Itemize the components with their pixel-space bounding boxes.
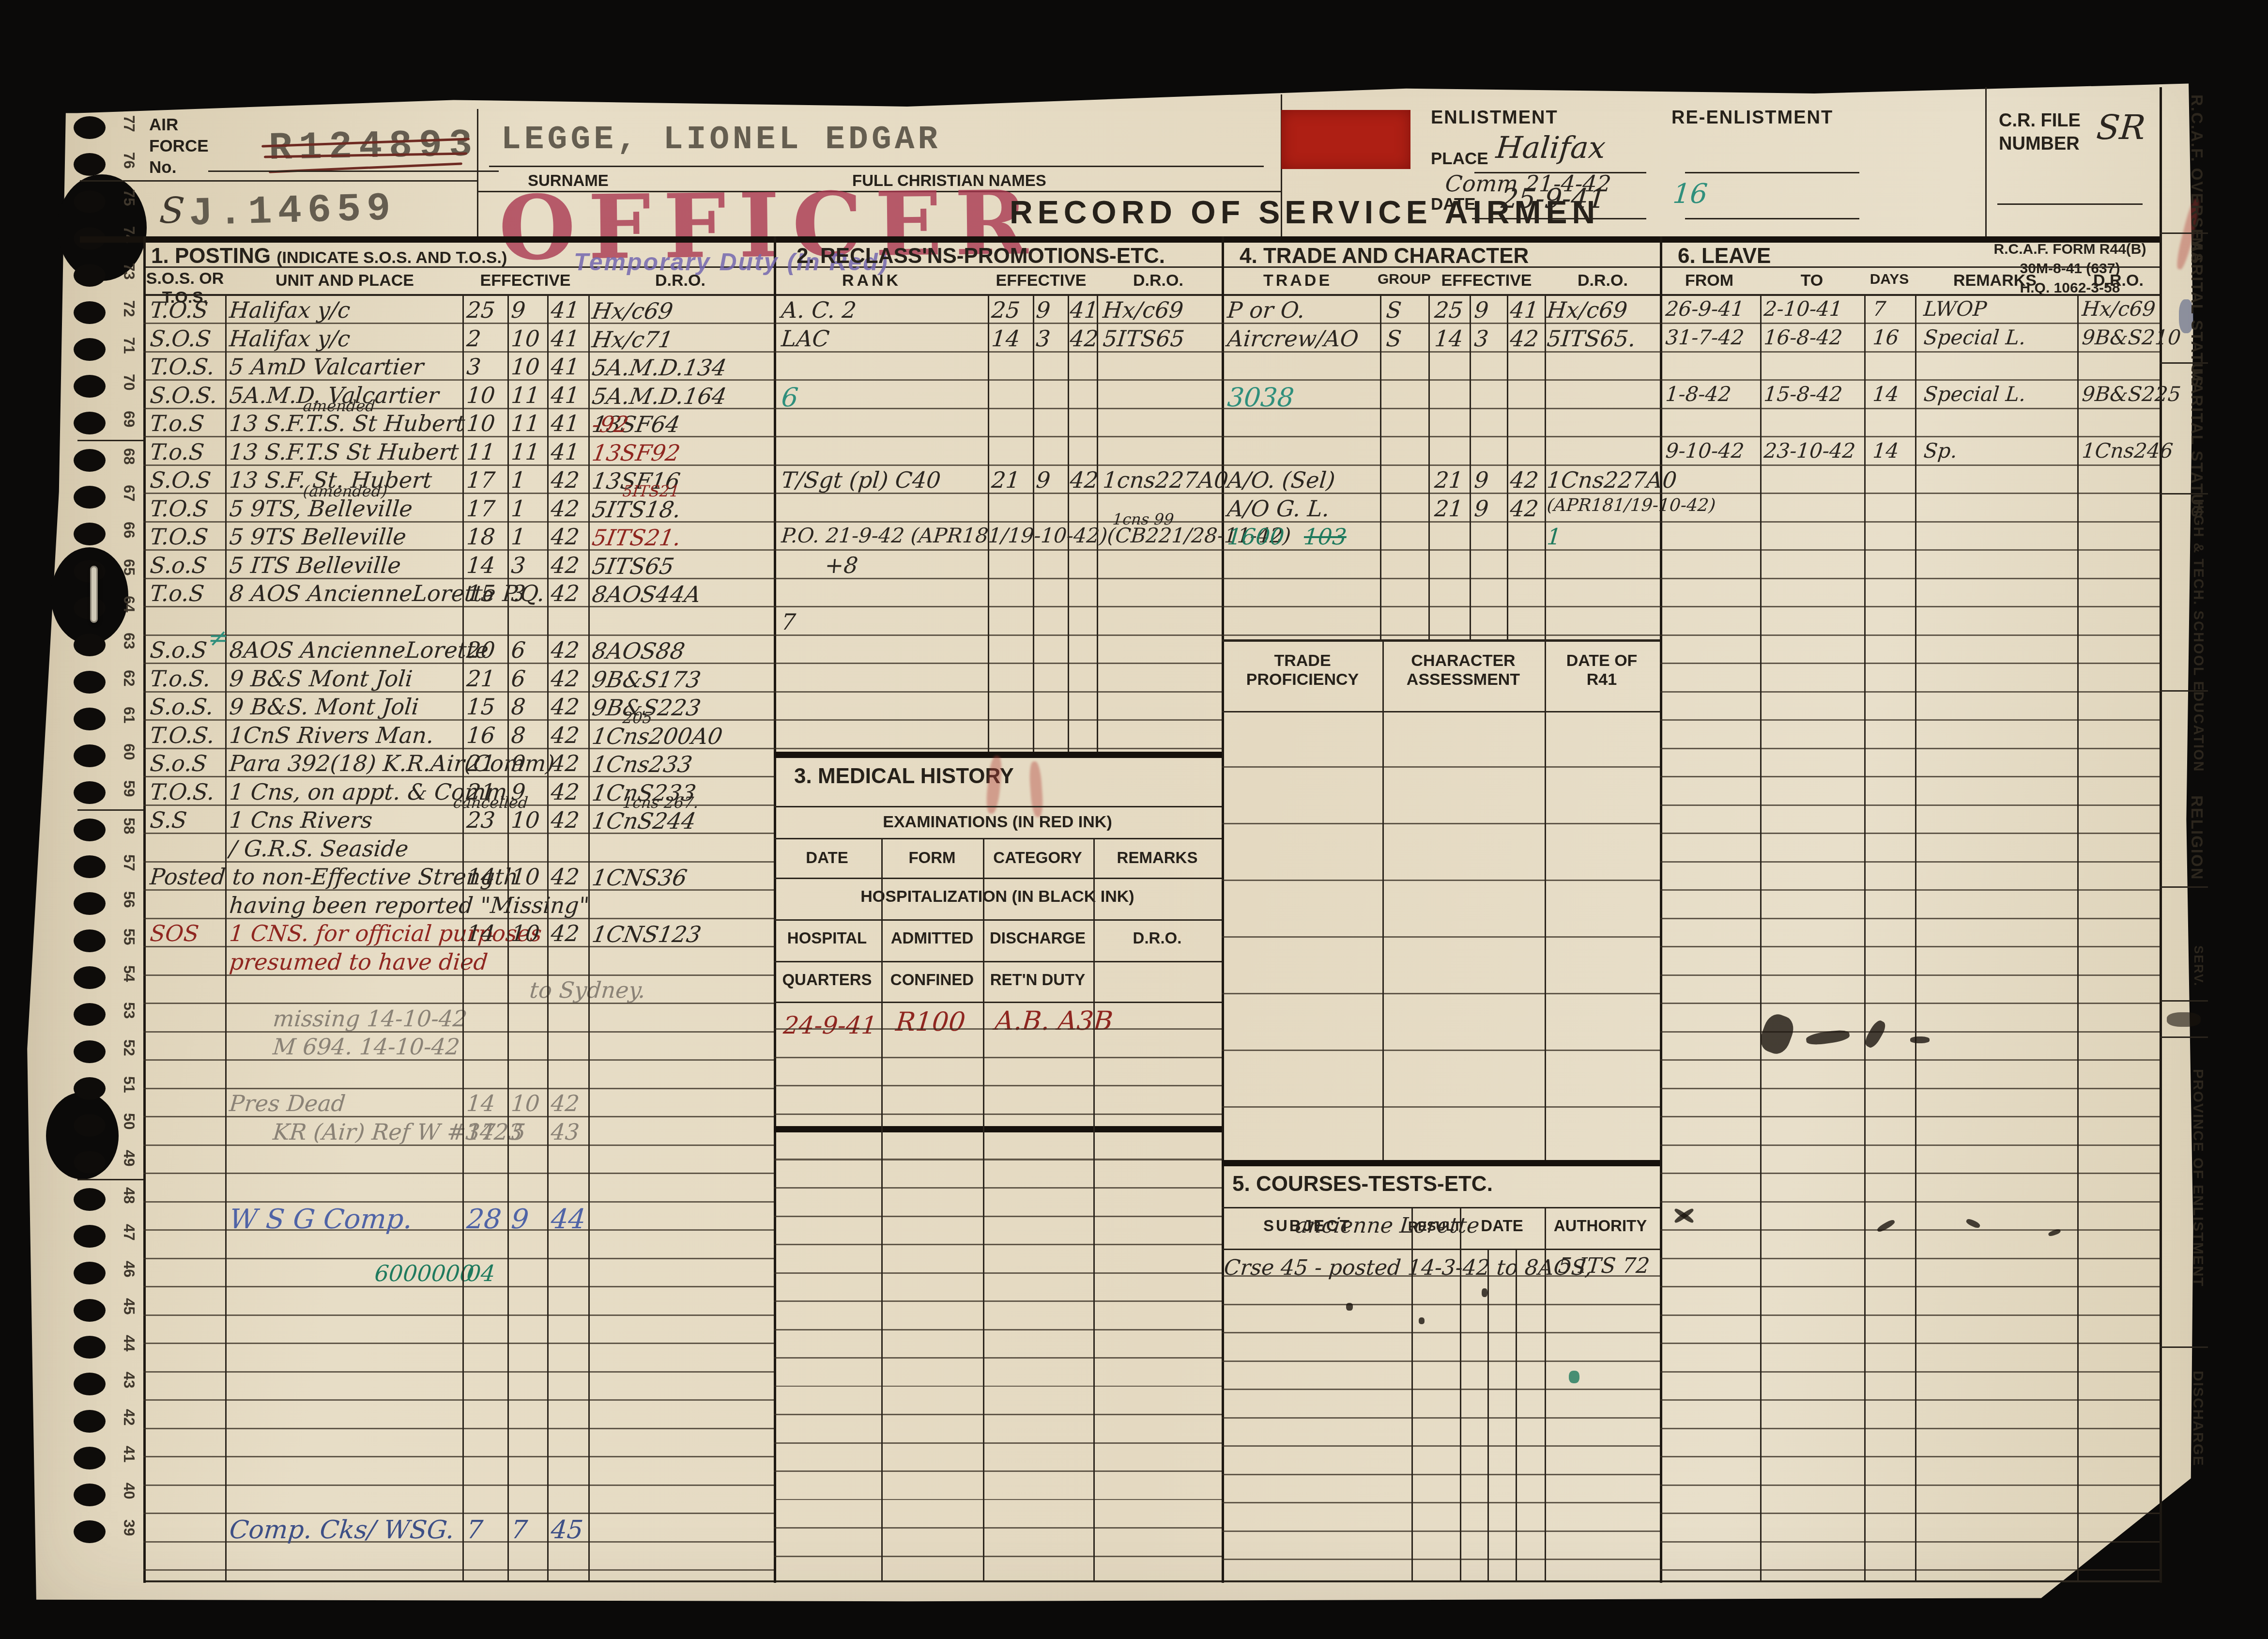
margin-row-number: 75 xyxy=(118,189,138,206)
sos-tos-value: S.O.S xyxy=(149,325,229,352)
trade-value: P or O. xyxy=(1226,297,1380,323)
leave-days: 14 xyxy=(1872,439,1917,463)
effective-month: 7 xyxy=(510,1515,528,1545)
file-stamp-prefix: S xyxy=(158,190,186,232)
posting-row: / G.R.S. Seaside xyxy=(143,835,774,863)
reclass-section-title: 2. RECLASS'NS-PROMOTIONS-ETC. xyxy=(797,244,1165,268)
posting-row: S.O.S. 5A.M.D. Valcartier 10 11 41 5A.M.… xyxy=(143,381,774,409)
reclass-title: RECLASS'NS-PROMOTIONS-ETC. xyxy=(820,244,1165,268)
trade-value: Aircrew/AO xyxy=(1226,325,1380,352)
dro-annotation: 205 xyxy=(622,709,653,727)
effective-day: 3 xyxy=(466,354,482,380)
posting-row: 6000000 04 xyxy=(143,1259,774,1287)
effective-day: 17 xyxy=(466,467,496,493)
posting-row: Pres Dead 14 10 42 xyxy=(143,1089,774,1117)
cr-file-label-1: C.R. FILE xyxy=(1999,110,2081,131)
effective-month: 8 xyxy=(510,694,527,720)
unit-place-value: / G.R.S. Seaside xyxy=(229,835,541,862)
sos-tos-value: S.O.S. xyxy=(149,382,229,408)
reclass-row: +8 xyxy=(774,551,1222,579)
effective-day: 25 xyxy=(991,297,1021,323)
punch-hole xyxy=(74,190,106,213)
margin-row-number: 67 xyxy=(118,485,138,501)
medical-number: 3. xyxy=(794,764,812,788)
effective-month: 3 xyxy=(510,580,527,606)
effective-day: 15 xyxy=(466,694,496,720)
effective-year: 42 xyxy=(1509,325,1540,352)
posting-row: T.o.S 13 S.F.T.S. St Hubert amended 10 1… xyxy=(143,409,774,437)
cr-file-value: SR xyxy=(2095,108,2147,147)
side-label-religion: RELIGION xyxy=(2163,794,2206,881)
leave-col-to: TO xyxy=(1801,271,1824,290)
leave-to: 16-8-42 xyxy=(1763,325,1862,349)
date-label: DATE xyxy=(1431,195,1476,214)
effective-year: 42 xyxy=(550,750,581,776)
punch-hole xyxy=(74,1262,106,1284)
dro-annotation: 1cns 99 xyxy=(1112,510,1175,528)
unit-annotation: amended xyxy=(302,397,376,415)
posting-row: M 694. 14-10-42 xyxy=(143,1033,774,1061)
effective-day: 14 xyxy=(991,325,1021,352)
effective-month: 9 xyxy=(1473,495,1490,522)
side-label-marital-status-2: MARITAL STATUS xyxy=(2163,368,2206,492)
punch-hole xyxy=(74,634,106,656)
margin-row-number: 55 xyxy=(118,928,138,945)
re-enlistment-label: RE-ENLISTMENT xyxy=(1671,108,1833,128)
effective-month: 8 xyxy=(510,722,527,748)
posting-row: SOS 1 CNS. for official purposes 14 10 4… xyxy=(143,919,774,947)
dro-value: 5ITS65. xyxy=(1546,325,1660,352)
effective-day: 2 xyxy=(466,325,482,352)
posting-row: T.O.S 5 9TS, Belleville (amended) 17 1 4… xyxy=(143,495,774,523)
trade-title: TRADE AND CHARACTER xyxy=(1263,244,1529,268)
effective-year: 42 xyxy=(550,524,581,550)
margin-row-number: 59 xyxy=(118,780,138,797)
posting-row: presumed to have died xyxy=(143,948,774,976)
effective-day: 14 xyxy=(466,920,496,946)
effective-month: 1 xyxy=(510,495,527,522)
posting-row: Comp. Cks/ WSG. 7 7 45 xyxy=(143,1515,774,1543)
effective-month: 9 xyxy=(1473,297,1490,323)
effective-day: 10 xyxy=(466,410,496,436)
posting-row: missing 14-10-42 xyxy=(143,1005,774,1033)
margin-row-number: 58 xyxy=(118,818,138,834)
dro-annotation: 5ITS21 xyxy=(622,482,680,500)
effective-day: 21 xyxy=(466,750,496,776)
leave-col-dro: D.R.O. xyxy=(2093,271,2144,290)
dro-value: Hx/c69 xyxy=(1102,297,1221,323)
leave-number: 6. xyxy=(1678,244,1696,268)
unit-place-value: Halifax y/c xyxy=(229,325,541,352)
side-label-discharge: DISCHARGE xyxy=(2163,1371,2206,1453)
trade-col-dro: D.R.O. xyxy=(1578,271,1628,290)
effective-day: 17 xyxy=(466,1119,496,1145)
effective-day: 21 xyxy=(991,467,1021,493)
reclass-row: T/Sgt (pl) C40 21 9 42 1cns227A0 xyxy=(774,466,1222,494)
punch-hole xyxy=(74,449,106,472)
effective-month: 9 xyxy=(510,750,527,776)
margin-row-number: 41 xyxy=(118,1446,138,1462)
effective-day: 25 xyxy=(466,297,496,323)
trade-struck-value: 103 xyxy=(1303,524,1348,550)
effective-year: 41 xyxy=(550,325,581,352)
date-of-r41-header: DATE OFR41 xyxy=(1566,651,1638,689)
courses-col-date: DATE xyxy=(1481,1217,1523,1235)
margin-row-number: 57 xyxy=(118,854,138,871)
trade-proficiency-header: TRADEPROFICIENCY xyxy=(1246,651,1359,689)
trade-value: 3038 xyxy=(1226,382,1380,413)
exam-col-date: DATE xyxy=(806,849,848,867)
punch-hole xyxy=(74,1336,106,1359)
margin-row-number: 76 xyxy=(118,152,138,169)
margin-row-number: 49 xyxy=(118,1150,138,1166)
margin-row-number: 66 xyxy=(118,522,138,538)
unit-place-value: having been reported "Missing" xyxy=(229,892,541,918)
effective-year: 42 xyxy=(550,779,581,805)
margin-row-number: 62 xyxy=(118,670,138,686)
rank-value: T/Sgt (pl) C40 xyxy=(781,467,986,493)
reclass-table: A. C. 2 25 9 41 Hx/c69 LAC 14 3 42 5ITS6… xyxy=(774,296,1222,752)
effective-month: 6 xyxy=(510,637,527,663)
effective-day: 18 xyxy=(466,524,496,550)
dro-value: 1Cns227A0 xyxy=(1546,467,1660,493)
exam-col-category: CATEGORY xyxy=(993,849,1082,867)
sos-tos-value: S.o.S xyxy=(149,552,229,578)
trade-value: A/O. (Sel) xyxy=(1226,467,1380,493)
punch-hole xyxy=(74,1484,106,1506)
dro-value: Hx/c69 xyxy=(1546,297,1660,323)
punch-hole xyxy=(74,1410,106,1433)
sos-tos-value: S.o.S. xyxy=(149,694,229,720)
margin-row-number: 48 xyxy=(118,1187,138,1204)
ink-dot xyxy=(1482,1288,1487,1297)
form-info-line1: R.C.A.F. FORM R44(B) xyxy=(1994,241,2146,258)
reclass-col-effective: EFFECTIVE xyxy=(996,271,1086,290)
course-authority: 5 ITS 72 xyxy=(1557,1253,1651,1278)
punch-hole xyxy=(74,671,106,694)
margin-row-number: 51 xyxy=(118,1076,138,1093)
reclass-row: P.O. 21-9-42 (APR181/19-10-42)(CB221/28-… xyxy=(774,523,1222,551)
effective-month: 3 xyxy=(1473,325,1490,352)
posting-row: S.o.S Para 392(18) K.R.Air(Comm) 21 9 42… xyxy=(143,749,774,777)
margin-row-number: 72 xyxy=(118,300,138,317)
unit-place-value: to Sydney. xyxy=(229,977,541,1003)
punch-hole xyxy=(74,264,106,287)
leave-to: 15-8-42 xyxy=(1763,382,1862,406)
effective-year: 42 xyxy=(550,495,581,522)
leave-remarks: Special L. xyxy=(1923,325,2084,349)
side-label-province: PROVINCE OF ENLISTMENT xyxy=(2163,1046,2206,1310)
effective-day: 04 xyxy=(466,1260,496,1286)
punch-hole xyxy=(74,708,106,730)
margin-row-number: 44 xyxy=(118,1335,138,1351)
reclass-row: 6 xyxy=(774,381,1222,409)
medical-section-title: 3. MEDICAL HISTORY xyxy=(794,764,1014,789)
leave-row: 26-9-41 2-10-41 7 LWOP Hx/c69 xyxy=(1660,296,2160,324)
punch-hole xyxy=(74,375,106,398)
leave-remarks: LWOP xyxy=(1923,297,2084,321)
punch-hole xyxy=(74,819,106,841)
posting-row: Posted to non-Effective Strength 14 10 4… xyxy=(143,863,774,891)
effective-day: 10 xyxy=(466,382,496,408)
unit-place-value: missing 14-10-42 xyxy=(229,1005,541,1032)
effective-year: 42 xyxy=(550,637,581,663)
effective-day: 14 xyxy=(466,1090,496,1116)
trade-value: A/O G. L. xyxy=(1226,495,1380,522)
leave-remarks: Sp. xyxy=(1923,439,2084,463)
posting-row: S.o.S 8AOS AncienneLorette 20 6 42 8AOS8… xyxy=(143,636,774,664)
posting-subtitle: (INDICATE S.O.S. AND T.O.S.) xyxy=(276,248,507,267)
trade-row: 1600 103 1 xyxy=(1222,523,1660,551)
punch-hole xyxy=(74,1077,106,1100)
margin-row-number: 73 xyxy=(118,263,138,279)
effective-day: 28 xyxy=(465,1204,503,1235)
effective-day: 23 xyxy=(466,807,496,833)
leave-to: 23-10-42 xyxy=(1763,439,1862,463)
name-stamp: LEGGE, LIONEL EDGAR xyxy=(501,121,941,158)
effective-year: 41 xyxy=(1509,297,1540,323)
effective-month: 10 xyxy=(510,807,541,833)
hosp-col-confined: CONFINED xyxy=(890,971,974,989)
sos-tos-value: T.O.S. xyxy=(149,779,229,805)
side-label-rcaf-overseas: R.C.A.F. OVERSEAS xyxy=(2163,94,2206,240)
courses-title: COURSES-TESTS-ETC. xyxy=(1256,1172,1493,1196)
sos-tos-value: T.O.S xyxy=(149,524,229,550)
leave-to: 2-10-41 xyxy=(1763,297,1862,321)
punch-hole xyxy=(74,1299,106,1322)
unit-annotation: (amended) xyxy=(302,482,388,500)
effective-year: 42 xyxy=(550,665,581,692)
punch-hole xyxy=(74,1114,106,1137)
leave-dro: 9B&S210 xyxy=(2081,325,2161,349)
effective-year: 41 xyxy=(550,382,581,408)
punch-hole xyxy=(74,1188,106,1211)
margin-row-number: 64 xyxy=(118,596,138,612)
effective-year: 42 xyxy=(1069,325,1100,352)
posting-row: T.o.S 13 S.F.T.S St Hubert 11 11 41 13SF… xyxy=(143,438,774,466)
green-note: 16 xyxy=(1671,178,1709,210)
hosp-col-quarters: QUARTERS xyxy=(782,971,872,989)
leave-days: 14 xyxy=(1872,382,1917,406)
unit-place-value: presumed to have died xyxy=(229,949,541,975)
posting-row: T.o.S 8 AOS AncienneLorette P.Q. 15 3 42… xyxy=(143,579,774,607)
sos-tos-value: T.o.S xyxy=(149,439,229,465)
trade-row: A/O G. L. 21 9 42 (APR181/19-10-42) xyxy=(1222,495,1660,523)
sos-tos-value: S.S xyxy=(149,807,229,833)
hosp-col-admitted: ADMITTED xyxy=(891,929,973,947)
punch-hole xyxy=(74,1225,106,1248)
margin-row-number: 63 xyxy=(118,633,138,649)
trade-table: P or O. S 25 9 41 Hx/c69 Aircrew/AO S 14… xyxy=(1222,296,1660,639)
ink-blot xyxy=(1910,1036,1930,1043)
effective-day: 16 xyxy=(466,722,496,748)
margin-row-number: 65 xyxy=(118,559,138,575)
margin-row-number: 61 xyxy=(118,707,138,723)
exam-col-form: FORM xyxy=(908,849,955,867)
effective-month: 9 xyxy=(510,297,527,323)
hosp-col-discharge: DISCHARGE xyxy=(990,929,1086,947)
sos-tos-value: T.O.S. xyxy=(149,354,229,380)
effective-month: 1 xyxy=(510,467,527,493)
punch-hole xyxy=(74,1373,106,1395)
enlistment-label: ENLISTMENT xyxy=(1431,108,1558,128)
character-assessment-header: CHARACTERASSESSMENT xyxy=(1407,651,1520,689)
air-force-label-1: AIR xyxy=(149,115,178,135)
posting-section-title: 1. POSTING (INDICATE S.O.S. AND T.O.S.) xyxy=(151,244,507,268)
effective-month: 3 xyxy=(510,552,527,578)
cr-file-label-2: NUMBER xyxy=(1999,134,2080,155)
punch-hole xyxy=(74,1040,106,1063)
examinations-header: EXAMINATIONS (IN RED INK) xyxy=(883,813,1112,832)
punch-hole xyxy=(74,486,106,509)
margin-row-number: 71 xyxy=(118,337,138,354)
margin-row-number: 46 xyxy=(118,1261,138,1277)
effective-year: 44 xyxy=(550,1204,587,1235)
dro-value: 5ITS65 xyxy=(1102,325,1221,352)
effective-month: 10 xyxy=(510,920,541,946)
rank-value: 7 xyxy=(781,609,986,635)
posting-row: KR (Air) Ref W #3423 17 5 43 xyxy=(143,1118,774,1146)
effective-month: 6 xyxy=(510,665,527,692)
leave-title: LEAVE xyxy=(1701,244,1771,268)
leave-days: 16 xyxy=(1872,325,1917,349)
posting-row: W S G Comp. 28 9 44 xyxy=(143,1203,774,1231)
punch-hole xyxy=(74,1003,106,1026)
effective-year: 41 xyxy=(550,410,581,436)
effective-year: 42 xyxy=(550,807,581,833)
course-entry: Crse 45 - posted 14-3-42 to 8AOS, xyxy=(1223,1255,1593,1280)
file-stamp: J.14659 xyxy=(188,186,397,236)
posting-row: S.o.S 5 ITS Belleville 14 3 42 5ITS65 xyxy=(143,551,774,579)
punch-hole xyxy=(74,301,106,324)
leave-dro: 1Cns246 xyxy=(2081,439,2161,463)
effective-day: 14 xyxy=(466,552,496,578)
unit-place-value: Posted to non-Effective Strength xyxy=(149,864,558,890)
exam-col-remarks: REMARKS xyxy=(1117,849,1198,867)
effective-year: 41 xyxy=(550,297,581,323)
place-value: Halifax xyxy=(1495,130,1607,165)
leave-row: 9-10-42 23-10-42 14 Sp. 1Cns246 xyxy=(1660,438,2160,466)
leave-from: 9-10-42 xyxy=(1665,439,1761,463)
effective-year: 42 xyxy=(550,864,581,890)
leave-dro: Hx/c69 xyxy=(2081,297,2161,321)
effective-month: 9 xyxy=(510,1204,530,1235)
posting-row: S.O.S Halifax y/c 2 10 41 Hx/c71 xyxy=(143,325,774,353)
posting-number: 1. xyxy=(151,244,169,268)
effective-month: 9 xyxy=(1035,467,1052,493)
sos-tos-value: T.o.S. xyxy=(149,665,229,692)
leave-col-from: FROM xyxy=(1685,271,1733,290)
trade-row: 3038 xyxy=(1222,381,1660,409)
sos-tos-value: T.O.S. xyxy=(149,722,229,748)
effective-year: 42 xyxy=(1069,467,1100,493)
rank-value: A. C. 2 xyxy=(781,297,986,323)
margin-row-number: 50 xyxy=(118,1113,138,1129)
pencil-scribble xyxy=(2167,1012,2201,1027)
trade-section-title: 4. TRADE AND CHARACTER xyxy=(1240,244,1529,268)
side-label-serv: SERV. xyxy=(2163,937,2206,995)
effective-month: 11 xyxy=(510,410,541,436)
punch-hole xyxy=(74,523,106,545)
effective-month: 1 xyxy=(510,524,527,550)
courses-col-authority: AUTHORITY xyxy=(1554,1217,1647,1235)
margin-row-number: 69 xyxy=(118,411,138,427)
margin-row-number: 60 xyxy=(118,743,138,760)
trade-col-group: GROUP xyxy=(1378,271,1431,288)
margin-row-number: 52 xyxy=(118,1039,138,1056)
leave-from: 31-7-42 xyxy=(1665,325,1761,349)
margin-row-number: 42 xyxy=(118,1409,138,1425)
punch-hole xyxy=(74,153,106,176)
margin-row-number: 40 xyxy=(118,1483,138,1499)
course-subject-above: ancienne Lorette xyxy=(1294,1213,1481,1238)
sos-tos-value: T.O.S xyxy=(149,495,229,522)
hosp-col-dro: D.R.O. xyxy=(1133,929,1182,947)
leave-from: 26-9-41 xyxy=(1665,297,1761,321)
sos-tos-value: S.o.S xyxy=(149,750,229,776)
punch-hole xyxy=(74,1447,106,1469)
effective-year: 42 xyxy=(550,1090,581,1116)
effective-month: 9 xyxy=(1035,297,1052,323)
trade-col-effective: EFFECTIVE xyxy=(1441,271,1532,290)
punch-hole xyxy=(74,597,106,619)
margin-row-number: 68 xyxy=(118,448,138,464)
unit-place-value: Comp. Cks/ WSG. xyxy=(228,1515,540,1545)
effective-month: 3 xyxy=(1035,325,1052,352)
effective-month: 5 xyxy=(510,1119,527,1145)
effective-month: 10 xyxy=(510,864,541,890)
reclass-col-dro: D.R.O. xyxy=(1133,271,1183,290)
punch-hole xyxy=(74,855,106,878)
punch-hole xyxy=(74,338,106,361)
courses-number: 5. xyxy=(1232,1172,1250,1196)
effective-day: 14 xyxy=(466,864,496,890)
effective-year: 42 xyxy=(1509,467,1540,493)
green-dot xyxy=(1569,1371,1579,1383)
trade-row: Aircrew/AO S 14 3 42 5ITS65. xyxy=(1222,325,1660,353)
reclass-row: A. C. 2 25 9 41 Hx/c69 xyxy=(774,296,1222,324)
effective-year: 43 xyxy=(550,1119,581,1145)
effective-day: 21 xyxy=(466,665,496,692)
margin-row-number: 56 xyxy=(118,891,138,908)
sos-tos-value: T.o.S xyxy=(149,410,229,436)
margin-row-number: 43 xyxy=(118,1372,138,1388)
side-label-marital-status-1: MARITAL STATUS xyxy=(2163,237,2206,363)
effective-day: 17 xyxy=(466,495,496,522)
effective-year: 42 xyxy=(550,467,581,493)
effective-year: 42 xyxy=(550,920,581,946)
group-value: S xyxy=(1385,297,1431,323)
trade-row: P or O. S 25 9 41 Hx/c69 xyxy=(1222,296,1660,324)
leave-dro: 9B&S225 xyxy=(2081,382,2161,406)
punch-hole xyxy=(74,560,106,583)
posting-row: S.o.S. 9 B&S. Mont Joli 15 8 42 9B&S223 xyxy=(143,693,774,721)
ink-dot xyxy=(1346,1303,1353,1311)
effective-month: 11 xyxy=(510,382,541,408)
posting-col-dro: D.R.O. xyxy=(655,271,705,290)
posting-col-effective: EFFECTIVE xyxy=(480,271,570,290)
sos-tos-value: SOS xyxy=(149,920,229,946)
rank-value: LAC xyxy=(781,325,986,352)
punch-hole xyxy=(74,116,106,139)
effective-year: 42 xyxy=(1509,495,1540,522)
posting-row: T.O.S. 1CnS Rivers Man. 16 8 42 1Cns200A… xyxy=(143,721,774,749)
rank-value: 6 xyxy=(780,382,986,413)
leave-remarks: Special L. xyxy=(1923,382,2084,406)
effective-year: 42 xyxy=(550,580,581,606)
dro-value: 1 xyxy=(1546,524,1660,550)
effective-month: 10 xyxy=(510,325,541,352)
